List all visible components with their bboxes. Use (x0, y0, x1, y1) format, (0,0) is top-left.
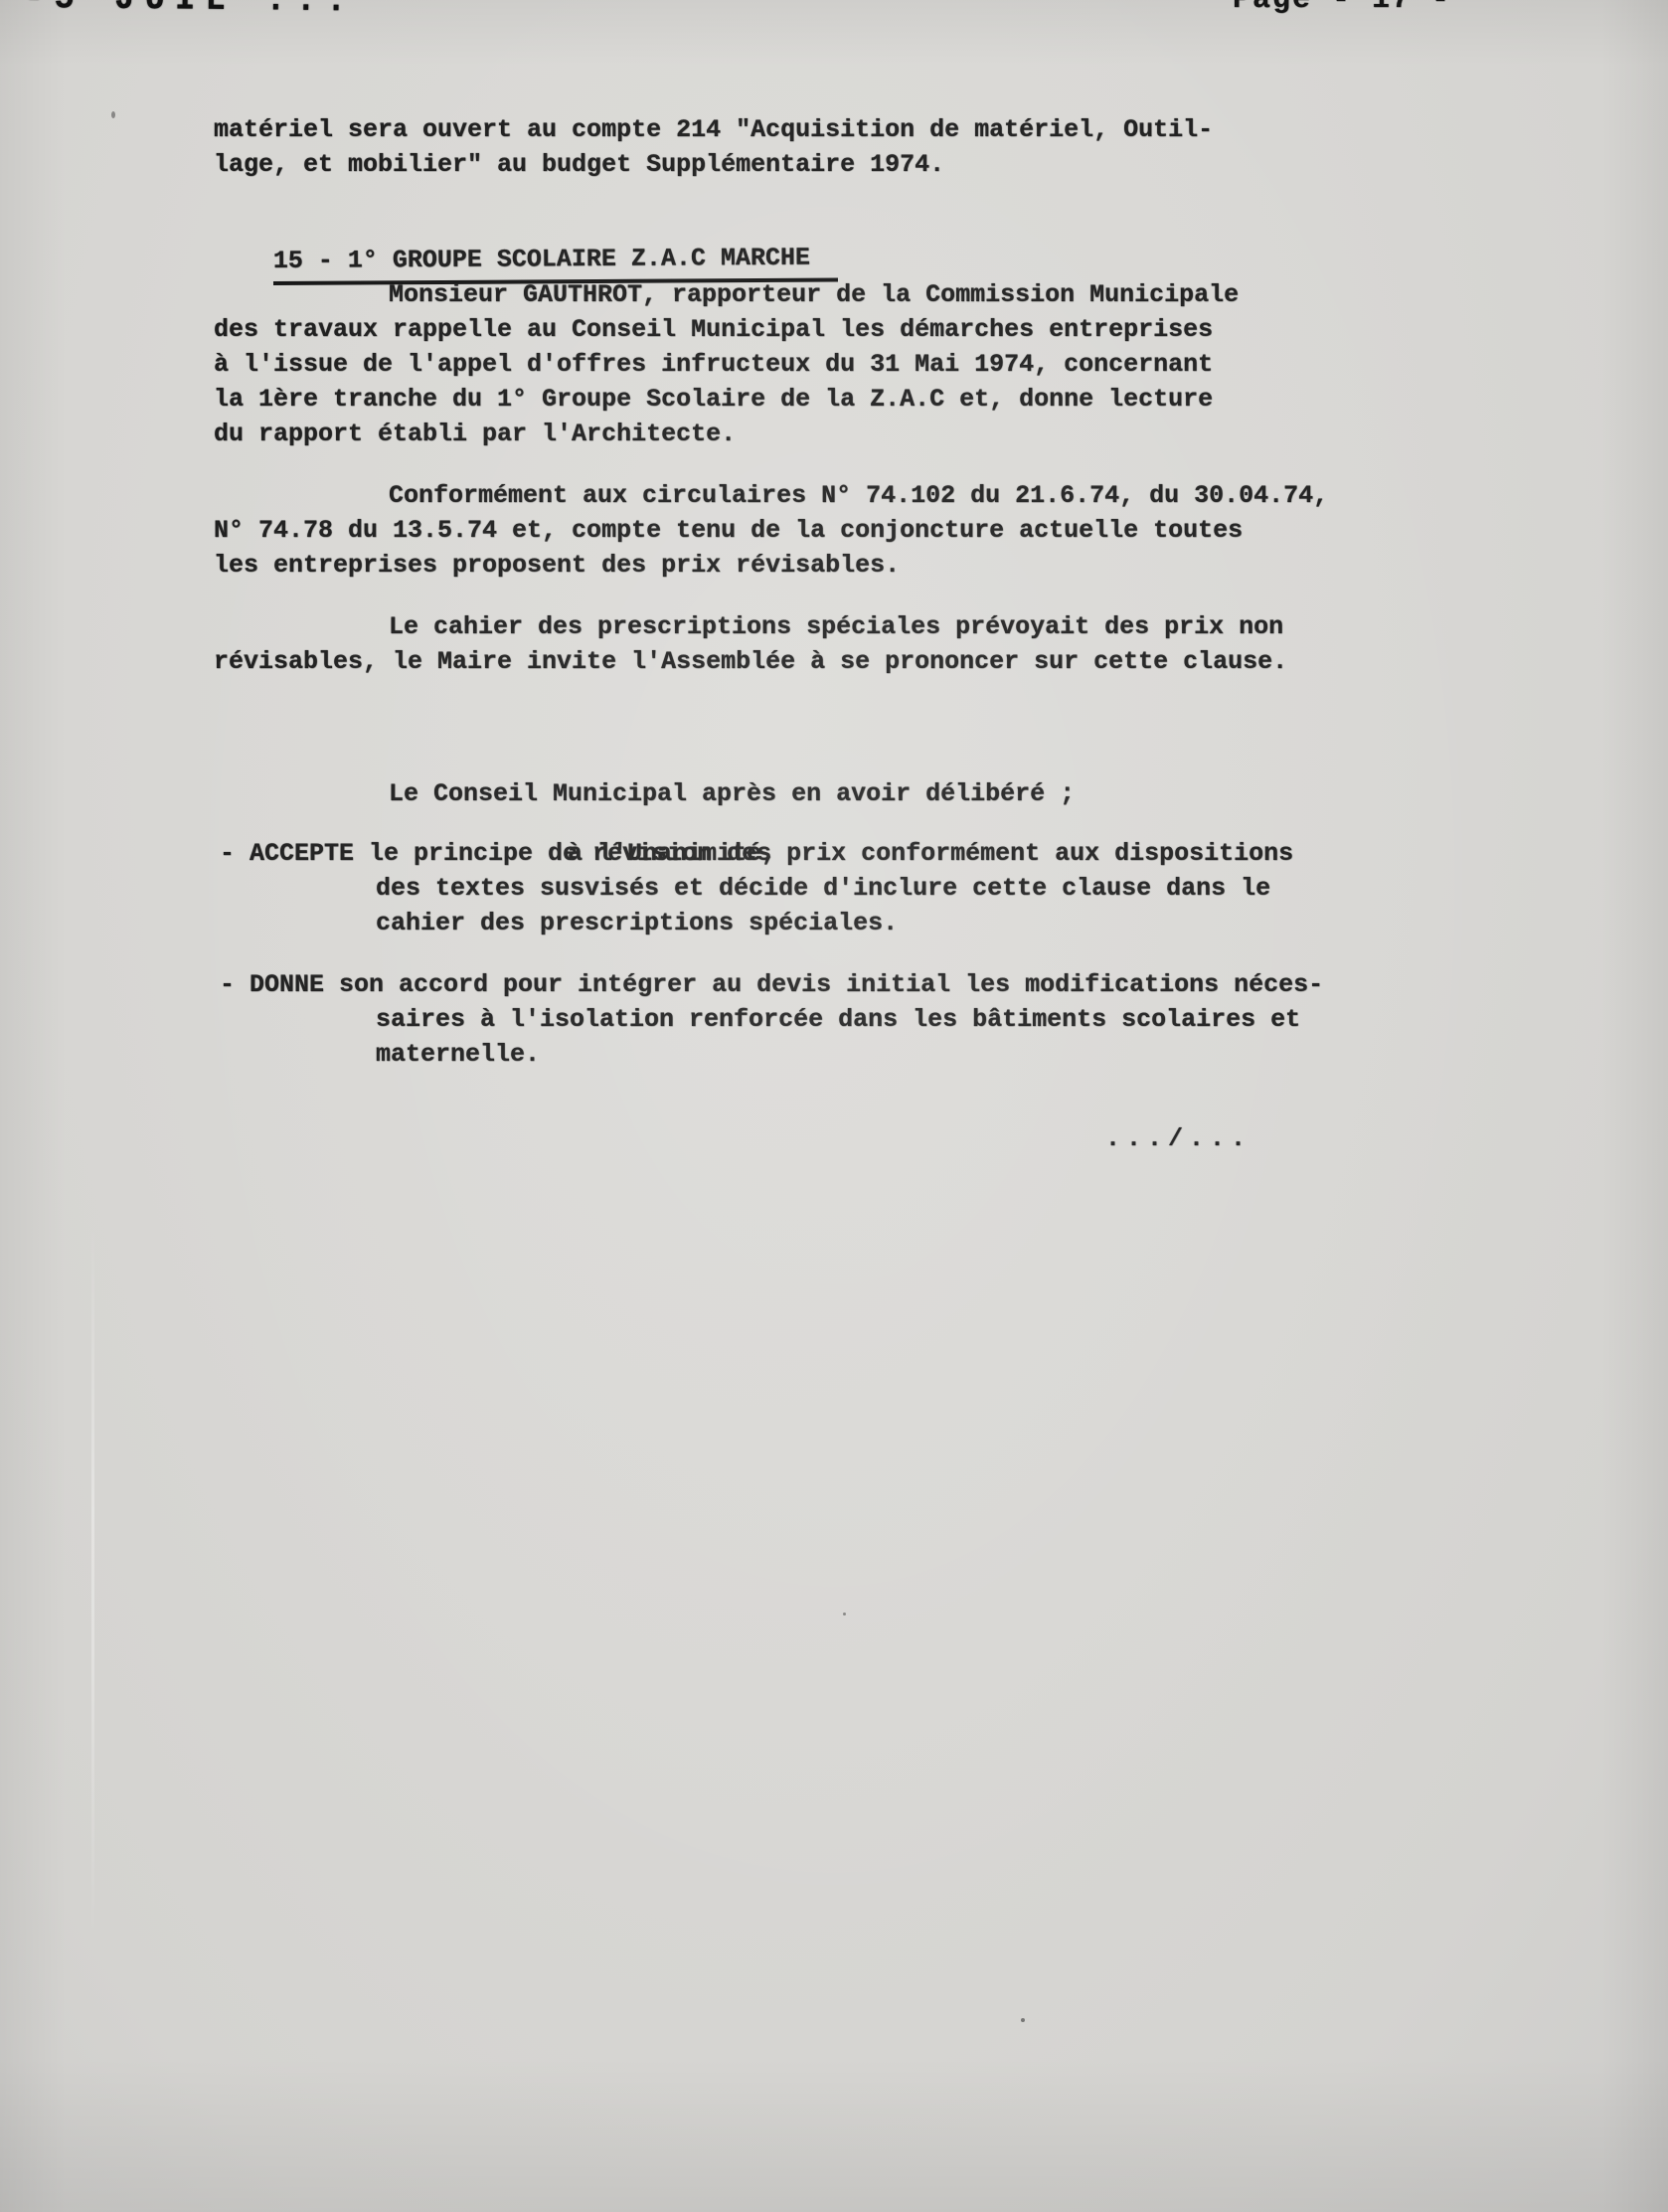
text-line: saires à l'isolation renforcée dans les … (220, 1002, 1323, 1037)
text-line: maternelle. (220, 1037, 1323, 1072)
text-line: Monsieur GAUTHROT, rapporteur de la Comm… (214, 277, 1239, 312)
text-line: des textes susvisés et décide d'inclure … (220, 871, 1293, 906)
text-line: N° 74.78 du 13.5.74 et, compte tenu de l… (214, 513, 1328, 548)
paragraph-cahier: Le cahier des prescriptions spéciales pr… (214, 609, 1287, 679)
scanned-document-page: -5 JUIL ... Page - 17 - matériel sera ou… (0, 0, 1668, 2212)
text-line: les entreprises proposent des prix révis… (214, 548, 1328, 583)
text-line: des travaux rappelle au Conseil Municipa… (214, 312, 1239, 347)
paper-speck (111, 111, 115, 118)
text-line: du rapport établi par l'Architecte. (214, 417, 1239, 451)
text-line: lage, et mobilier" au budget Supplémenta… (214, 147, 1213, 182)
intro-paragraph: matériel sera ouvert au compte 214 "Acqu… (214, 112, 1213, 182)
resolution-accepte: - ACCEPTE le principe de révision des pr… (220, 836, 1293, 940)
paragraph-rapporteur: Monsieur GAUTHROT, rapporteur de la Comm… (214, 277, 1239, 451)
page-number: Page - 17 - (1233, 0, 1451, 17)
resolution-donne: - DONNE son accord pour intégrer au devi… (220, 967, 1323, 1072)
text-line: Le cahier des prescriptions spéciales pr… (214, 609, 1287, 644)
text-line: cahier des prescriptions spéciales. (220, 906, 1293, 940)
text-line: - DONNE son accord pour intégrer au devi… (220, 967, 1323, 1002)
text-line: la 1ère tranche du 1° Groupe Scolaire de… (214, 382, 1239, 417)
text-line: à l'issue de l'appel d'offres infructeux… (214, 347, 1239, 382)
date-stamp-fragment: -5 JUIL ... (24, 0, 357, 22)
text-line: révisables, le Maire invite l'Assemblée … (214, 644, 1287, 679)
paragraph-circulaires: Conformément aux circulaires N° 74.102 d… (214, 478, 1328, 583)
text-line: matériel sera ouvert au compte 214 "Acqu… (214, 112, 1213, 147)
paper-speck (1021, 2018, 1025, 2022)
paper-crease (91, 1223, 94, 1939)
continuation-mark: .../... (1105, 1121, 1251, 1156)
text-line: - ACCEPTE le principe de révision des pr… (220, 836, 1293, 871)
paper-speck (843, 1613, 846, 1616)
text-line: Conformément aux circulaires N° 74.102 d… (214, 478, 1328, 513)
